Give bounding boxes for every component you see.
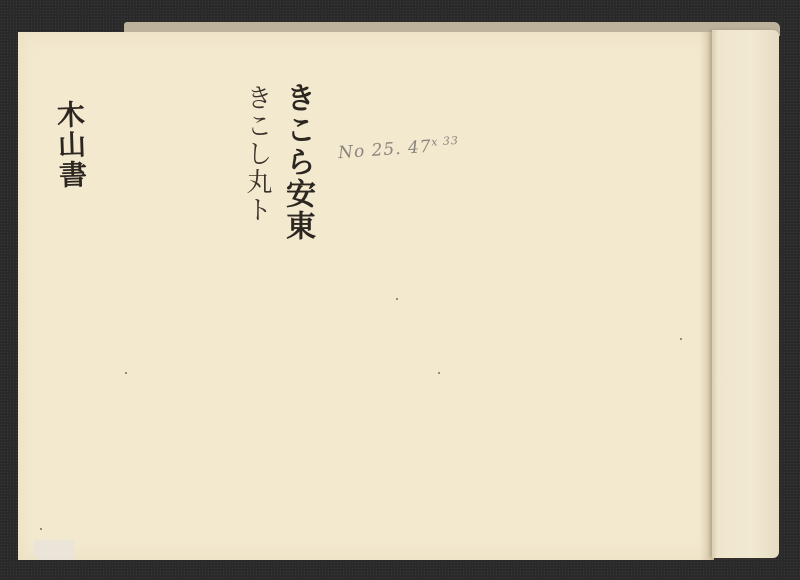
paper-speck <box>438 372 440 374</box>
note-prefix: No <box>337 141 365 163</box>
paper-speck <box>396 298 398 300</box>
handwritten-column-secondary: きこし丸ト <box>244 84 270 224</box>
paper-speck <box>680 338 682 340</box>
paper-speck <box>125 372 127 374</box>
paper-speck <box>40 528 42 530</box>
document-page <box>18 32 714 560</box>
handwritten-column-main: きこら安東 <box>282 82 312 242</box>
handwritten-column-left: 木山書 <box>48 99 91 190</box>
note-number: 25. 47 <box>371 137 432 161</box>
note-suffix: x 33 <box>431 134 460 149</box>
corner-wear <box>34 540 74 560</box>
folded-binding <box>712 30 779 558</box>
